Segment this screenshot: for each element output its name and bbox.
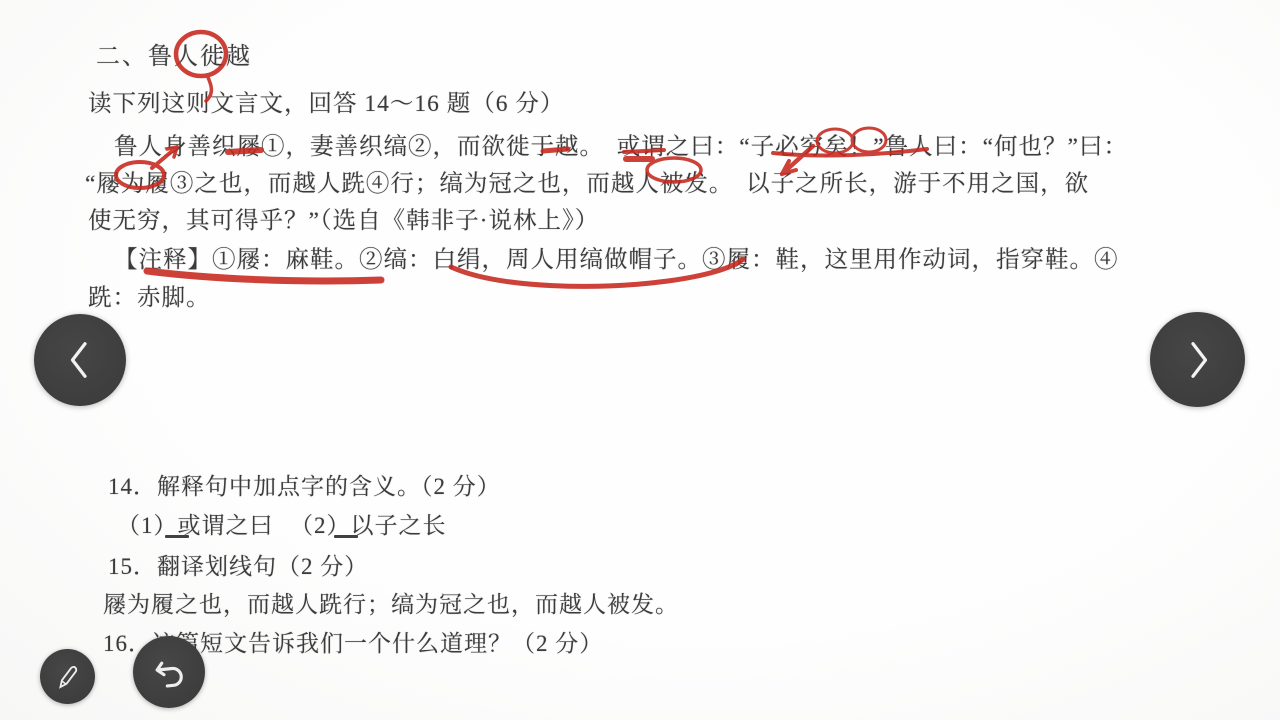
paragraph-line-2: “屦为履③之也，而越人跣④行；缟为冠之也，而越人被发。 以子之所长，游于不用之国… (85, 164, 1089, 198)
question-14-item-2: （2）以子之长 (290, 507, 447, 540)
paragraph-line-1: 鲁人身善织屦①，妻善织缟②，而欲徙于越。 或谓之曰：“子必穷矣！”鲁人曰：“何也… (114, 127, 1128, 161)
section-title: 二、鲁人徙越 (96, 36, 252, 71)
printed-underline-yi (334, 535, 358, 538)
document-page: 二、鲁人徙越 读下列这则文言文，回答 14～16 题（6 分） 鲁人身善织屦①，… (0, 0, 1280, 720)
viewer-screen: 二、鲁人徙越 读下列这则文言文，回答 14～16 题（6 分） 鲁人身善织屦①，… (0, 0, 1280, 720)
pen-tool-button[interactable] (40, 649, 95, 704)
chevron-right-icon (1176, 335, 1220, 385)
undo-button[interactable] (133, 636, 205, 708)
undo-icon (148, 651, 190, 693)
prev-page-button[interactable] (34, 314, 126, 406)
question-15-sentence: 屦为履之也，而越人跣行；缟为冠之也，而越人被发。 (103, 586, 679, 619)
question-15: 15．翻译划线句（2 分） (108, 548, 368, 581)
printed-underline-huo (165, 535, 189, 538)
instruction-line: 读下列这则文言文，回答 14～16 题（6 分） (88, 84, 564, 118)
chevron-left-icon (58, 335, 102, 385)
question-14: 14．解释句中加点字的含义。（2 分） (108, 468, 501, 501)
notes-line-2: 跣：赤脚。 (88, 278, 211, 312)
pen-icon (53, 662, 82, 691)
question-14-item-1: （1）或谓之曰 (117, 507, 274, 540)
notes-line-1: 【注释】①屦：麻鞋。②缟：白绢，周人用缟做帽子。③履：鞋，这里用作动词，指穿鞋。… (114, 240, 1119, 274)
paragraph-line-3: 使无穷，其可得乎？”（选自《韩非子·说林上》） (88, 201, 599, 235)
next-page-button[interactable] (1150, 312, 1245, 407)
